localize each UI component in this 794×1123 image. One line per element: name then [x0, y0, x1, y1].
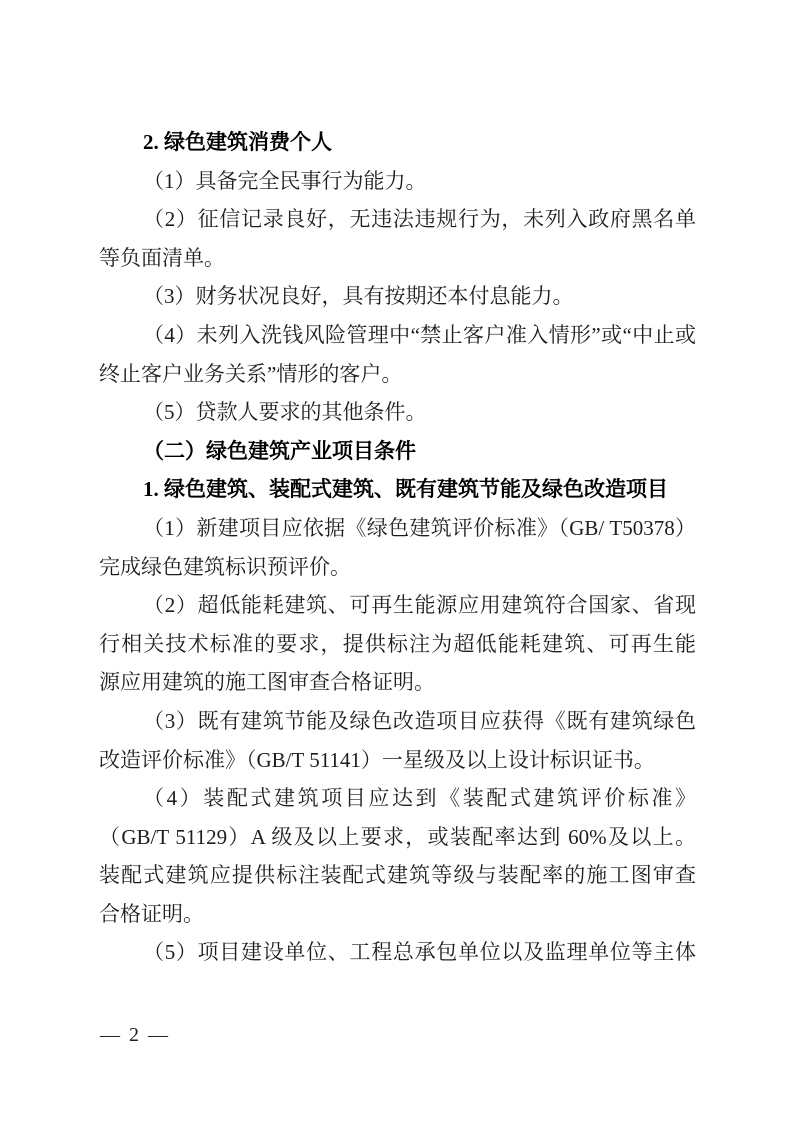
- doc-line: 完成绿色建筑标识预评价。: [99, 548, 696, 587]
- doc-line: （1）具备完全民事行为能力。: [99, 162, 696, 201]
- doc-line: （3）财务状况良好，具有按期还本付息能力。: [99, 277, 696, 316]
- doc-line: （3）既有建筑节能及绿色改造项目应获得《既有建筑绿色: [99, 702, 696, 741]
- doc-line: 改造评价标准》（GB/T 51141）一星级及以上设计标识证书。: [99, 741, 696, 780]
- document-page: 2. 绿色建筑消费个人 （1）具备完全民事行为能力。 （2）征信记录良好，无违法…: [0, 0, 794, 1123]
- doc-line: （GB/T 51129）A 级及以上要求，或装配率达到 60%及以上。: [99, 818, 696, 857]
- doc-line: 终止客户业务关系”情形的客户。: [99, 355, 696, 394]
- doc-line: 装配式建筑应提供标注装配式建筑等级与装配率的施工图审查: [99, 856, 696, 895]
- doc-line: （5）贷款人要求的其他条件。: [99, 393, 696, 432]
- section-heading: 2. 绿色建筑消费个人: [99, 123, 696, 162]
- section-heading: 1. 绿色建筑、装配式建筑、既有建筑节能及绿色改造项目: [99, 470, 696, 509]
- section-heading: （二）绿色建筑产业项目条件: [99, 432, 696, 471]
- doc-line: （2）超低能耗建筑、可再生能源应用建筑符合国家、省现: [99, 586, 696, 625]
- doc-line: （1）新建项目应依据《绿色建筑评价标准》（GB/ T50378）: [99, 509, 696, 548]
- doc-line: 行相关技术标准的要求，提供标注为超低能耗建筑、可再生能: [99, 625, 696, 664]
- doc-line: 源应用建筑的施工图审查合格证明。: [99, 663, 696, 702]
- doc-line: （5）项目建设单位、工程总承包单位以及监理单位等主体: [99, 933, 696, 972]
- page-number: — 2 —: [100, 1022, 170, 1048]
- doc-line: （2）征信记录良好，无违法违规行为，未列入政府黑名单: [99, 200, 696, 239]
- doc-line: 合格证明。: [99, 895, 696, 934]
- doc-line: （4）装配式建筑项目应达到《装配式建筑评价标准》: [99, 779, 696, 818]
- doc-line: 等负面清单。: [99, 239, 696, 278]
- doc-line: （4）未列入洗钱风险管理中“禁止客户准入情形”或“中止或: [99, 316, 696, 355]
- document-body: 2. 绿色建筑消费个人 （1）具备完全民事行为能力。 （2）征信记录良好，无违法…: [99, 123, 696, 972]
